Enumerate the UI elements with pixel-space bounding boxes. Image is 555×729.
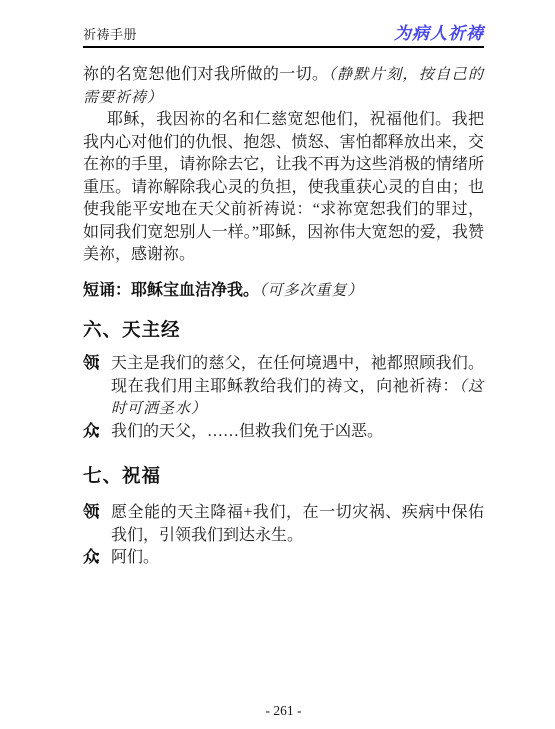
paragraph-text: 祢的名宽恕他们对我所做的一切。 bbox=[83, 66, 328, 83]
page-body: 祢的名宽恕他们对我所做的一切。（静默片刻，按自己的需要祈祷） 耶稣，我因祢的名和… bbox=[83, 64, 484, 570]
versicle-text: 天主是我们的慈父，在任何境遇中，祂都照顾我们。现在我们用主耶稣教给我们的祷文，向… bbox=[111, 353, 484, 421]
header-rule bbox=[83, 46, 484, 48]
section-7-versicles: 领： 愿全能的天主降福+我们，在一切灾祸、疾病中保佑我们，引领我们到达永生。 众… bbox=[83, 502, 484, 570]
versicle-row: 众： 阿们。 bbox=[83, 547, 484, 570]
versicle-row: 领： 愿全能的天主降福+我们，在一切灾祸、疾病中保佑我们，引领我们到达永生。 bbox=[83, 502, 484, 547]
refrain-line: 短诵：耶稣宝血洁净我。（可多次重复） bbox=[83, 280, 484, 303]
running-header-right: 为病人祈祷 bbox=[394, 19, 484, 44]
versicle-label-leader: 领： bbox=[83, 502, 110, 547]
versicle-text-main: 阿们。 bbox=[111, 549, 159, 566]
refrain-label: 短诵： bbox=[83, 282, 131, 299]
versicle-label-leader: 领： bbox=[83, 353, 110, 421]
versicle-text: 阿们。 bbox=[111, 547, 484, 570]
paragraph-prayer: 耶稣，我因祢的名和仁慈宽恕他们，祝福他们。我把我内心对他们的仇恨、抱怨、愤怒、害… bbox=[83, 109, 484, 267]
running-header-left: 祈祷手册 bbox=[83, 24, 137, 44]
versicle-row: 众： 我们的天父，……但救我们免于凶恶。 bbox=[83, 421, 484, 444]
versicle-text: 愿全能的天主降福+我们，在一切灾祸、疾病中保佑我们，引领我们到达永生。 bbox=[111, 502, 484, 547]
paragraph-continuation: 祢的名宽恕他们对我所做的一切。（静默片刻，按自己的需要祈祷） bbox=[83, 64, 484, 109]
versicle-text-main: 愿全能的天主降福+我们，在一切灾祸、疾病中保佑我们，引领我们到达永生。 bbox=[111, 504, 484, 544]
versicle-text-main: 天主是我们的慈父，在任何境遇中，祂都照顾我们。现在我们用主耶稣教给我们的祷文，向… bbox=[111, 355, 484, 395]
refrain-note: （可多次重复） bbox=[259, 283, 364, 299]
versicle-label-people: 众： bbox=[83, 421, 110, 444]
section-heading-7: 七、祝福 bbox=[83, 462, 484, 488]
section-6-versicles: 领： 天主是我们的慈父，在任何境遇中，祂都照顾我们。现在我们用主耶稣教给我们的祷… bbox=[83, 353, 484, 443]
page-number: - 261 - bbox=[266, 703, 302, 718]
section-heading-6: 六、天主经 bbox=[83, 316, 484, 342]
versicle-text-main: 我们的天父，……但救我们免于凶恶。 bbox=[111, 423, 383, 440]
running-header: 祈祷手册 为病人祈祷 bbox=[83, 19, 484, 44]
page-footer: - 261 - bbox=[83, 703, 484, 719]
refrain-text: 耶稣宝血洁净我。 bbox=[131, 282, 259, 299]
document-page: 祈祷手册 为病人祈祷 祢的名宽恕他们对我所做的一切。（静默片刻，按自己的需要祈祷… bbox=[0, 0, 555, 729]
versicle-text: 我们的天父，……但救我们免于凶恶。 bbox=[111, 421, 484, 444]
versicle-row: 领： 天主是我们的慈父，在任何境遇中，祂都照顾我们。现在我们用主耶稣教给我们的祷… bbox=[83, 353, 484, 421]
versicle-label-people: 众： bbox=[83, 547, 110, 570]
